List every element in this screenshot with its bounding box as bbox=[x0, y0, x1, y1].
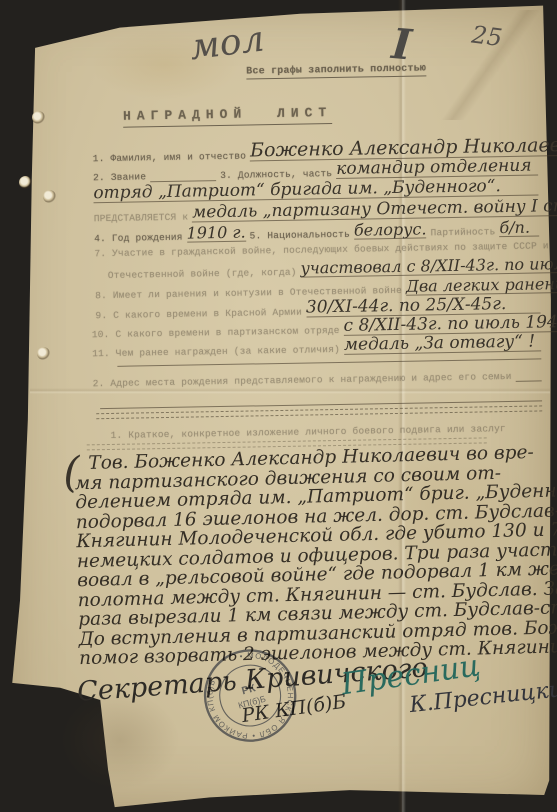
stamp-center-line2: КП(б)Б bbox=[237, 694, 267, 711]
form-row-address: 2. Адрес места рождения представляемого … bbox=[93, 369, 542, 389]
field-label: Отечественной войне (где, когда) bbox=[108, 267, 297, 281]
field-value: б/п. bbox=[499, 219, 539, 237]
field-value: 1910 г. bbox=[186, 225, 245, 243]
field-value: командир отделения bbox=[336, 157, 538, 179]
blank-line bbox=[515, 369, 541, 381]
field-value: Два легких ранения. bbox=[406, 276, 557, 296]
stamp-center-line1: РК bbox=[240, 682, 257, 697]
pencil-note: мол bbox=[188, 18, 267, 68]
field-label: 5. Национальность bbox=[250, 229, 351, 242]
page-number: 25 bbox=[470, 21, 504, 53]
document-content: мол Ⅰ 25 Все графы заполнить полностью Н… bbox=[0, 0, 557, 812]
field-label: ПРЕДСТАВЛЯЕТСЯ к bbox=[94, 212, 189, 225]
narrative-block: Тов. Боженко Александр Николаевич во вре… bbox=[74, 442, 549, 668]
page-title: НАГРАДНОЙ ЛИСТ bbox=[123, 105, 333, 128]
roman-numeral-mark: Ⅰ bbox=[390, 19, 414, 70]
form-row-birth-nationality: 4. Год рождения 1910 г. 5. Национальност… bbox=[94, 219, 539, 244]
field-label: Партийность bbox=[430, 226, 495, 238]
field-label: 4. Год рождения bbox=[94, 232, 183, 245]
fill-instruction: Все графы заполнить полностью bbox=[246, 63, 426, 79]
field-label: 2. Адрес места рождения представляемого … bbox=[93, 371, 512, 389]
field-value: белорус. bbox=[354, 221, 427, 239]
document-scan: мол Ⅰ 25 Все графы заполнить полностью Н… bbox=[0, 0, 557, 812]
